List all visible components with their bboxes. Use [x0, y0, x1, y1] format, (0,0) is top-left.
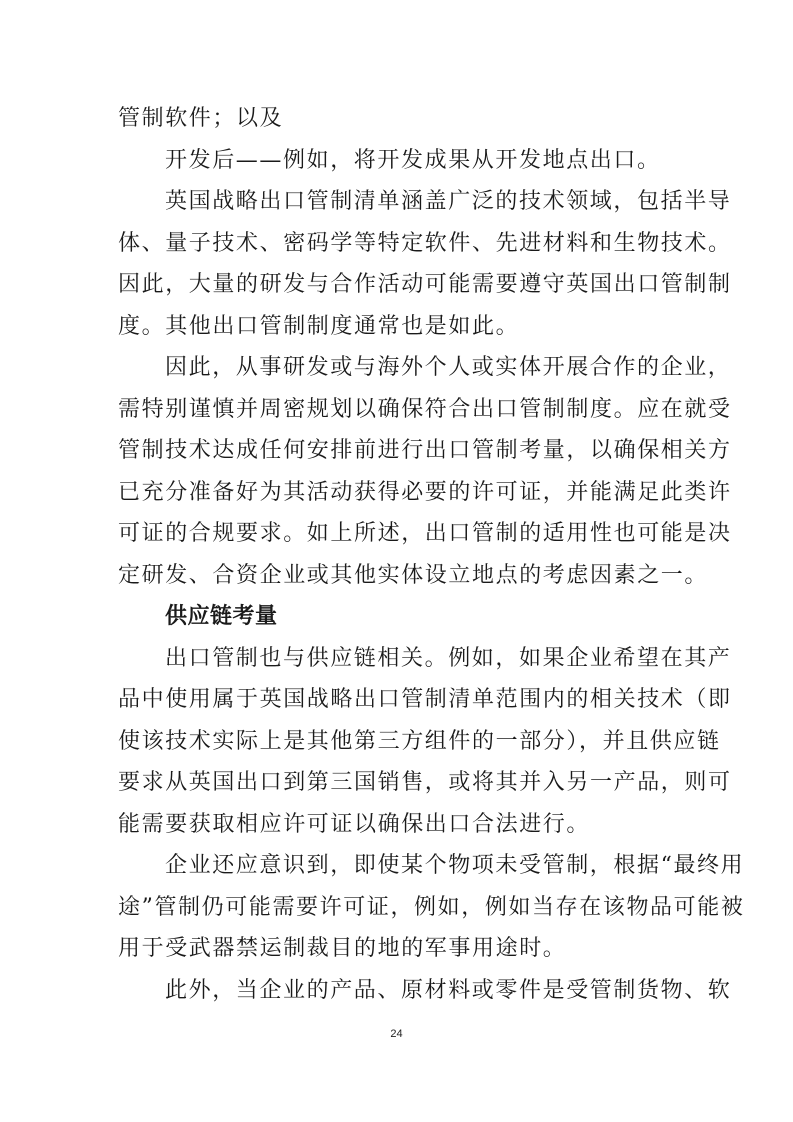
text-line: 能需要获取相应许可证以确保出口合法进行。: [118, 804, 678, 846]
paragraph-start: 此外，当企业的产品、原材料或零件是受管制货物、软: [118, 970, 678, 1012]
paragraph-start: 英国战略出口管制清单涵盖广泛的技术领域，包括半导: [118, 181, 678, 223]
text-line: 管制软件；以及: [118, 98, 678, 140]
paragraph-start: 因此，从事研发或与海外个人或实体开展合作的企业，: [118, 347, 678, 389]
text-line: 途”管制仍可能需要许可证，例如，例如当存在该物品可能被: [118, 887, 678, 929]
text-line: 品中使用属于英国战略出口管制清单范围内的相关技术（即: [118, 679, 678, 721]
paragraph-start: 企业还应意识到，即使某个物项未受管制，根据“最终用: [118, 845, 678, 887]
paragraph-start: 出口管制也与供应链相关。例如，如果企业希望在其产: [118, 638, 678, 680]
section-heading: 供应链考量: [118, 596, 678, 638]
text-line: 已充分准备好为其活动获得必要的许可证，并能满足此类许: [118, 472, 678, 514]
text-line: 要求从英国出口到第三国销售，或将其并入另一产品，则可: [118, 762, 678, 804]
text-line: 使该技术实际上是其他第三方组件的一部分），并且供应链: [118, 721, 678, 763]
text-line: 用于受武器禁运制裁目的地的军事用途时。: [118, 928, 678, 970]
text-line: 可证的合规要求。如上所述，出口管制的适用性也可能是决: [118, 513, 678, 555]
text-line: 管制技术达成任何安排前进行出口管制考量，以确保相关方: [118, 430, 678, 472]
text-line: 开发后——例如，将开发成果从开发地点出口。: [118, 140, 678, 182]
text-line: 需特别谨慎并周密规划以确保符合出口管制制度。应在就受: [118, 389, 678, 431]
text-line: 度。其他出口管制制度通常也是如此。: [118, 306, 678, 348]
text-line: 定研发、合资企业或其他实体设立地点的考虑因素之一。: [118, 555, 678, 597]
document-body: 管制软件；以及 开发后——例如，将开发成果从开发地点出口。 英国战略出口管制清单…: [118, 98, 678, 1011]
text-line: 因此，大量的研发与合作活动可能需要遵守英国出口管制制: [118, 264, 678, 306]
page-number: 24: [0, 1028, 793, 1040]
text-line: 体、量子技术、密码学等特定软件、先进材料和生物技术。: [118, 223, 678, 265]
